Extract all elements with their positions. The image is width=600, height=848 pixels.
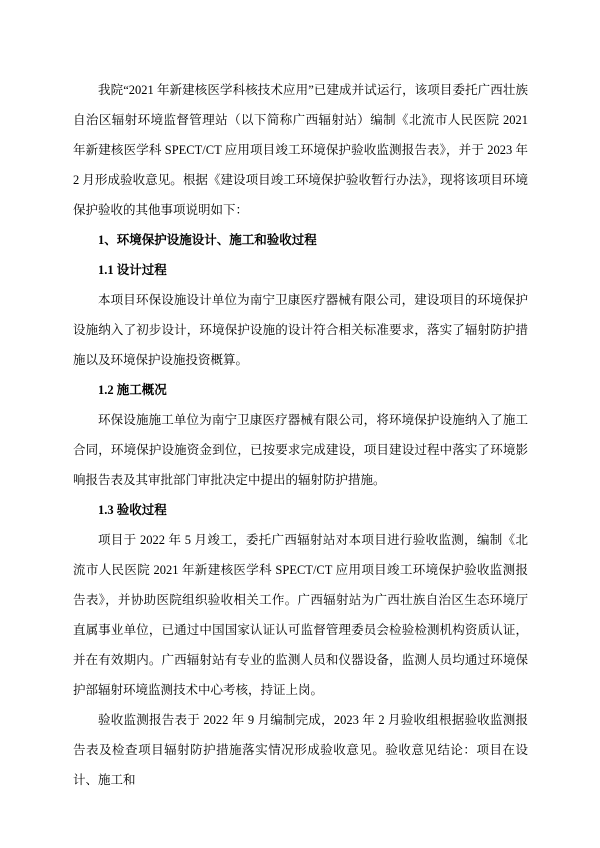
paragraph-acceptance-process: 项目于 2022 年 5 月竣工，委托广西辐射站对本项目进行验收监测，编制《北流… (73, 525, 528, 705)
paragraph-design-process: 本项目环保设施设计单位为南宁卫康医疗器械有限公司，建设项目的环境保护设施纳入了初… (73, 285, 528, 375)
section-heading-1-3: 1.3 验收过程 (73, 495, 528, 525)
document-page: 我院“2021 年新建核医学科核技术应用”已建成并试运行，该项目委托广西壮族自治… (0, 0, 600, 848)
paragraph-construction-overview: 环保设施施工单位为南宁卫康医疗器械有限公司，将环境保护设施纳入了施工合同，环境保… (73, 405, 528, 495)
paragraph-acceptance-report: 验收监测报告表于 2022 年 9 月编制完成，2023 年 2 月验收组根据验… (73, 705, 528, 795)
section-heading-1: 1、环境保护设施设计、施工和验收过程 (73, 225, 528, 255)
section-heading-1-2: 1.2 施工概况 (73, 375, 528, 405)
section-heading-1-1: 1.1 设计过程 (73, 255, 528, 285)
paragraph-project-intro: 我院“2021 年新建核医学科核技术应用”已建成并试运行，该项目委托广西壮族自治… (73, 75, 528, 225)
